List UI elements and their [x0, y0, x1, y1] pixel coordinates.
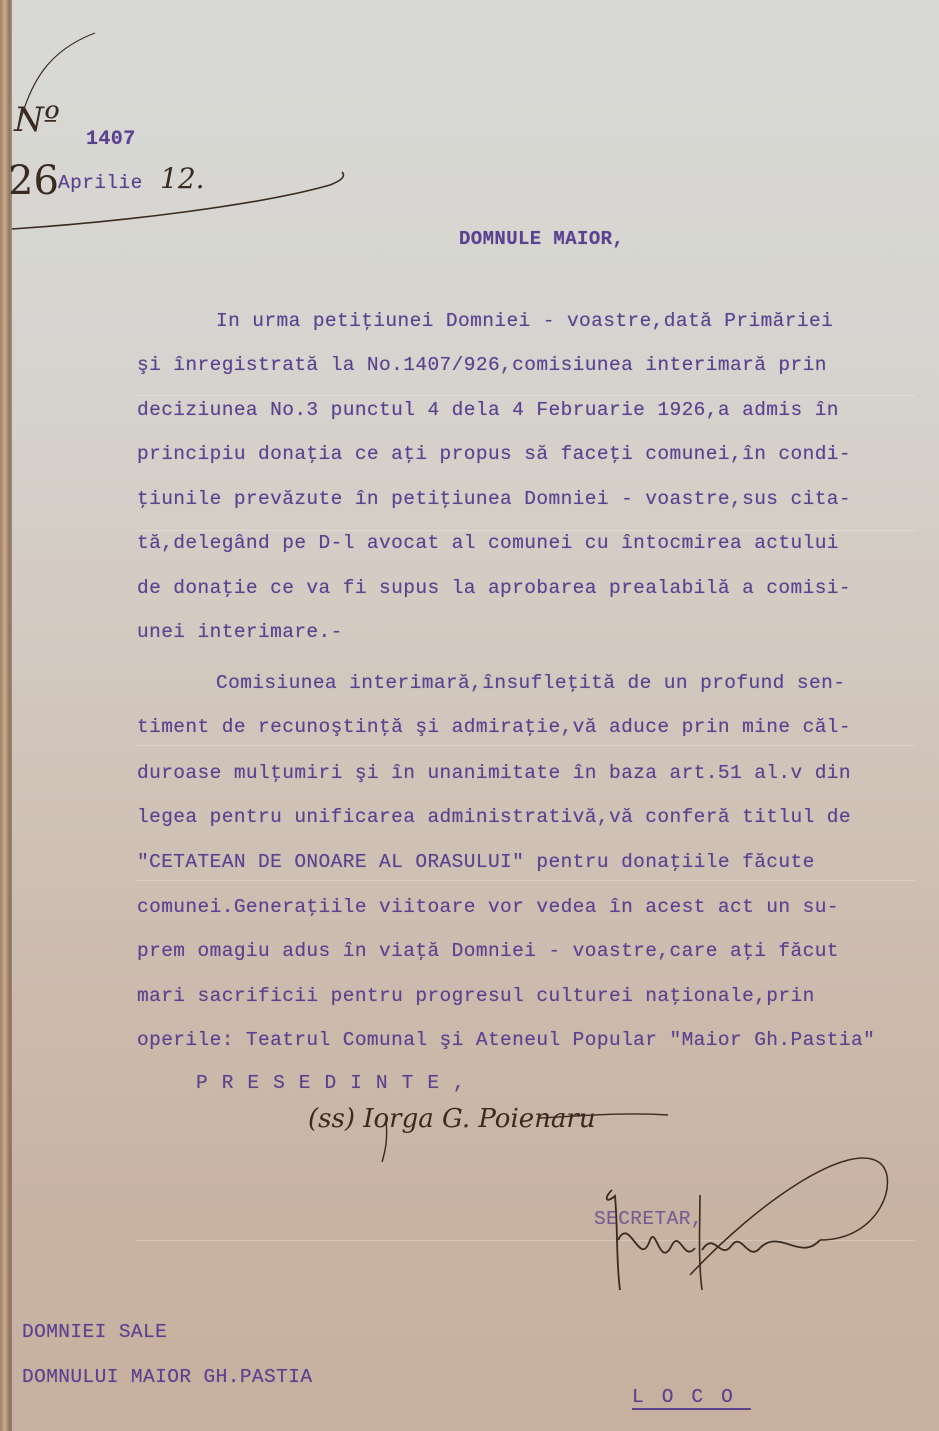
addressee-line-1: DOMNIEI SALE [22, 1321, 167, 1343]
secretary-signature [0, 0, 939, 1431]
addressee-line-2: DOMNULUI MAIOR GH.PASTIA [22, 1366, 312, 1388]
addressee-location: LOCO [632, 1386, 751, 1408]
